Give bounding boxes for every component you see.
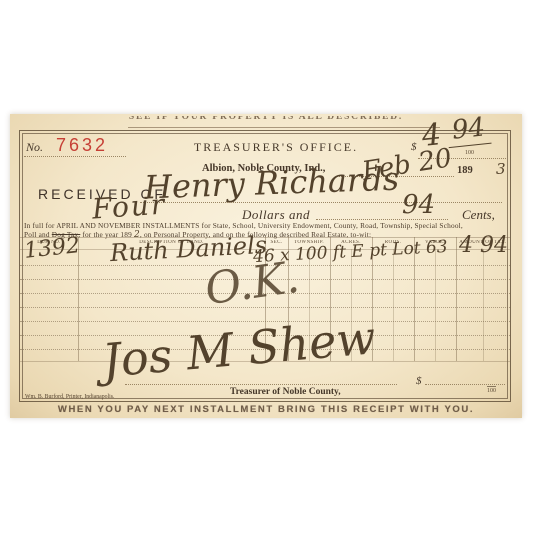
table-subcol-line bbox=[393, 249, 394, 361]
col-header-sec: SEC. bbox=[265, 240, 288, 245]
table-col-line bbox=[456, 237, 457, 361]
bottom-banner-text: WHEN YOU PAY NEXT INSTALLMENT BRING THIS… bbox=[10, 404, 522, 415]
footer-amount-line bbox=[425, 384, 505, 385]
receipt-document: SEE IF YOUR PROPERTY IS ALL DESCRIBED. N… bbox=[10, 114, 522, 418]
amount-cents-handwritten: 94 bbox=[445, 112, 491, 148]
treasurer-title: Treasurer of Noble County, bbox=[230, 387, 341, 397]
amount-fraction-denominator: 100 bbox=[465, 150, 474, 156]
receipt-no-label: No. bbox=[26, 140, 43, 155]
amount-words-handwritten: Four bbox=[91, 187, 167, 225]
year-handwritten: 3 bbox=[496, 160, 506, 178]
entry-amount: 4 94 bbox=[459, 233, 508, 258]
signature-line bbox=[125, 384, 397, 385]
receipt-number: 7632 bbox=[56, 135, 108, 156]
office-title: TREASURER'S OFFICE. bbox=[178, 140, 374, 155]
footer-fraction-denominator: 100 bbox=[487, 386, 496, 394]
table-subcol-line bbox=[483, 249, 484, 361]
year-printed: 189 bbox=[457, 165, 473, 176]
printer-credit: Wm. B. Burford, Printer, Indianapolis. bbox=[25, 394, 114, 400]
payer-line bbox=[140, 202, 502, 203]
fine-print-line1: In full for APRIL AND NOVEMBER INSTALLME… bbox=[24, 221, 463, 230]
top-banner-rule bbox=[128, 127, 440, 128]
footer-dollar-sign: $ bbox=[416, 375, 422, 387]
receipt-no-line bbox=[24, 156, 126, 157]
table-subcol-line bbox=[435, 249, 436, 361]
cents-value-handwritten: 94 bbox=[402, 190, 435, 220]
